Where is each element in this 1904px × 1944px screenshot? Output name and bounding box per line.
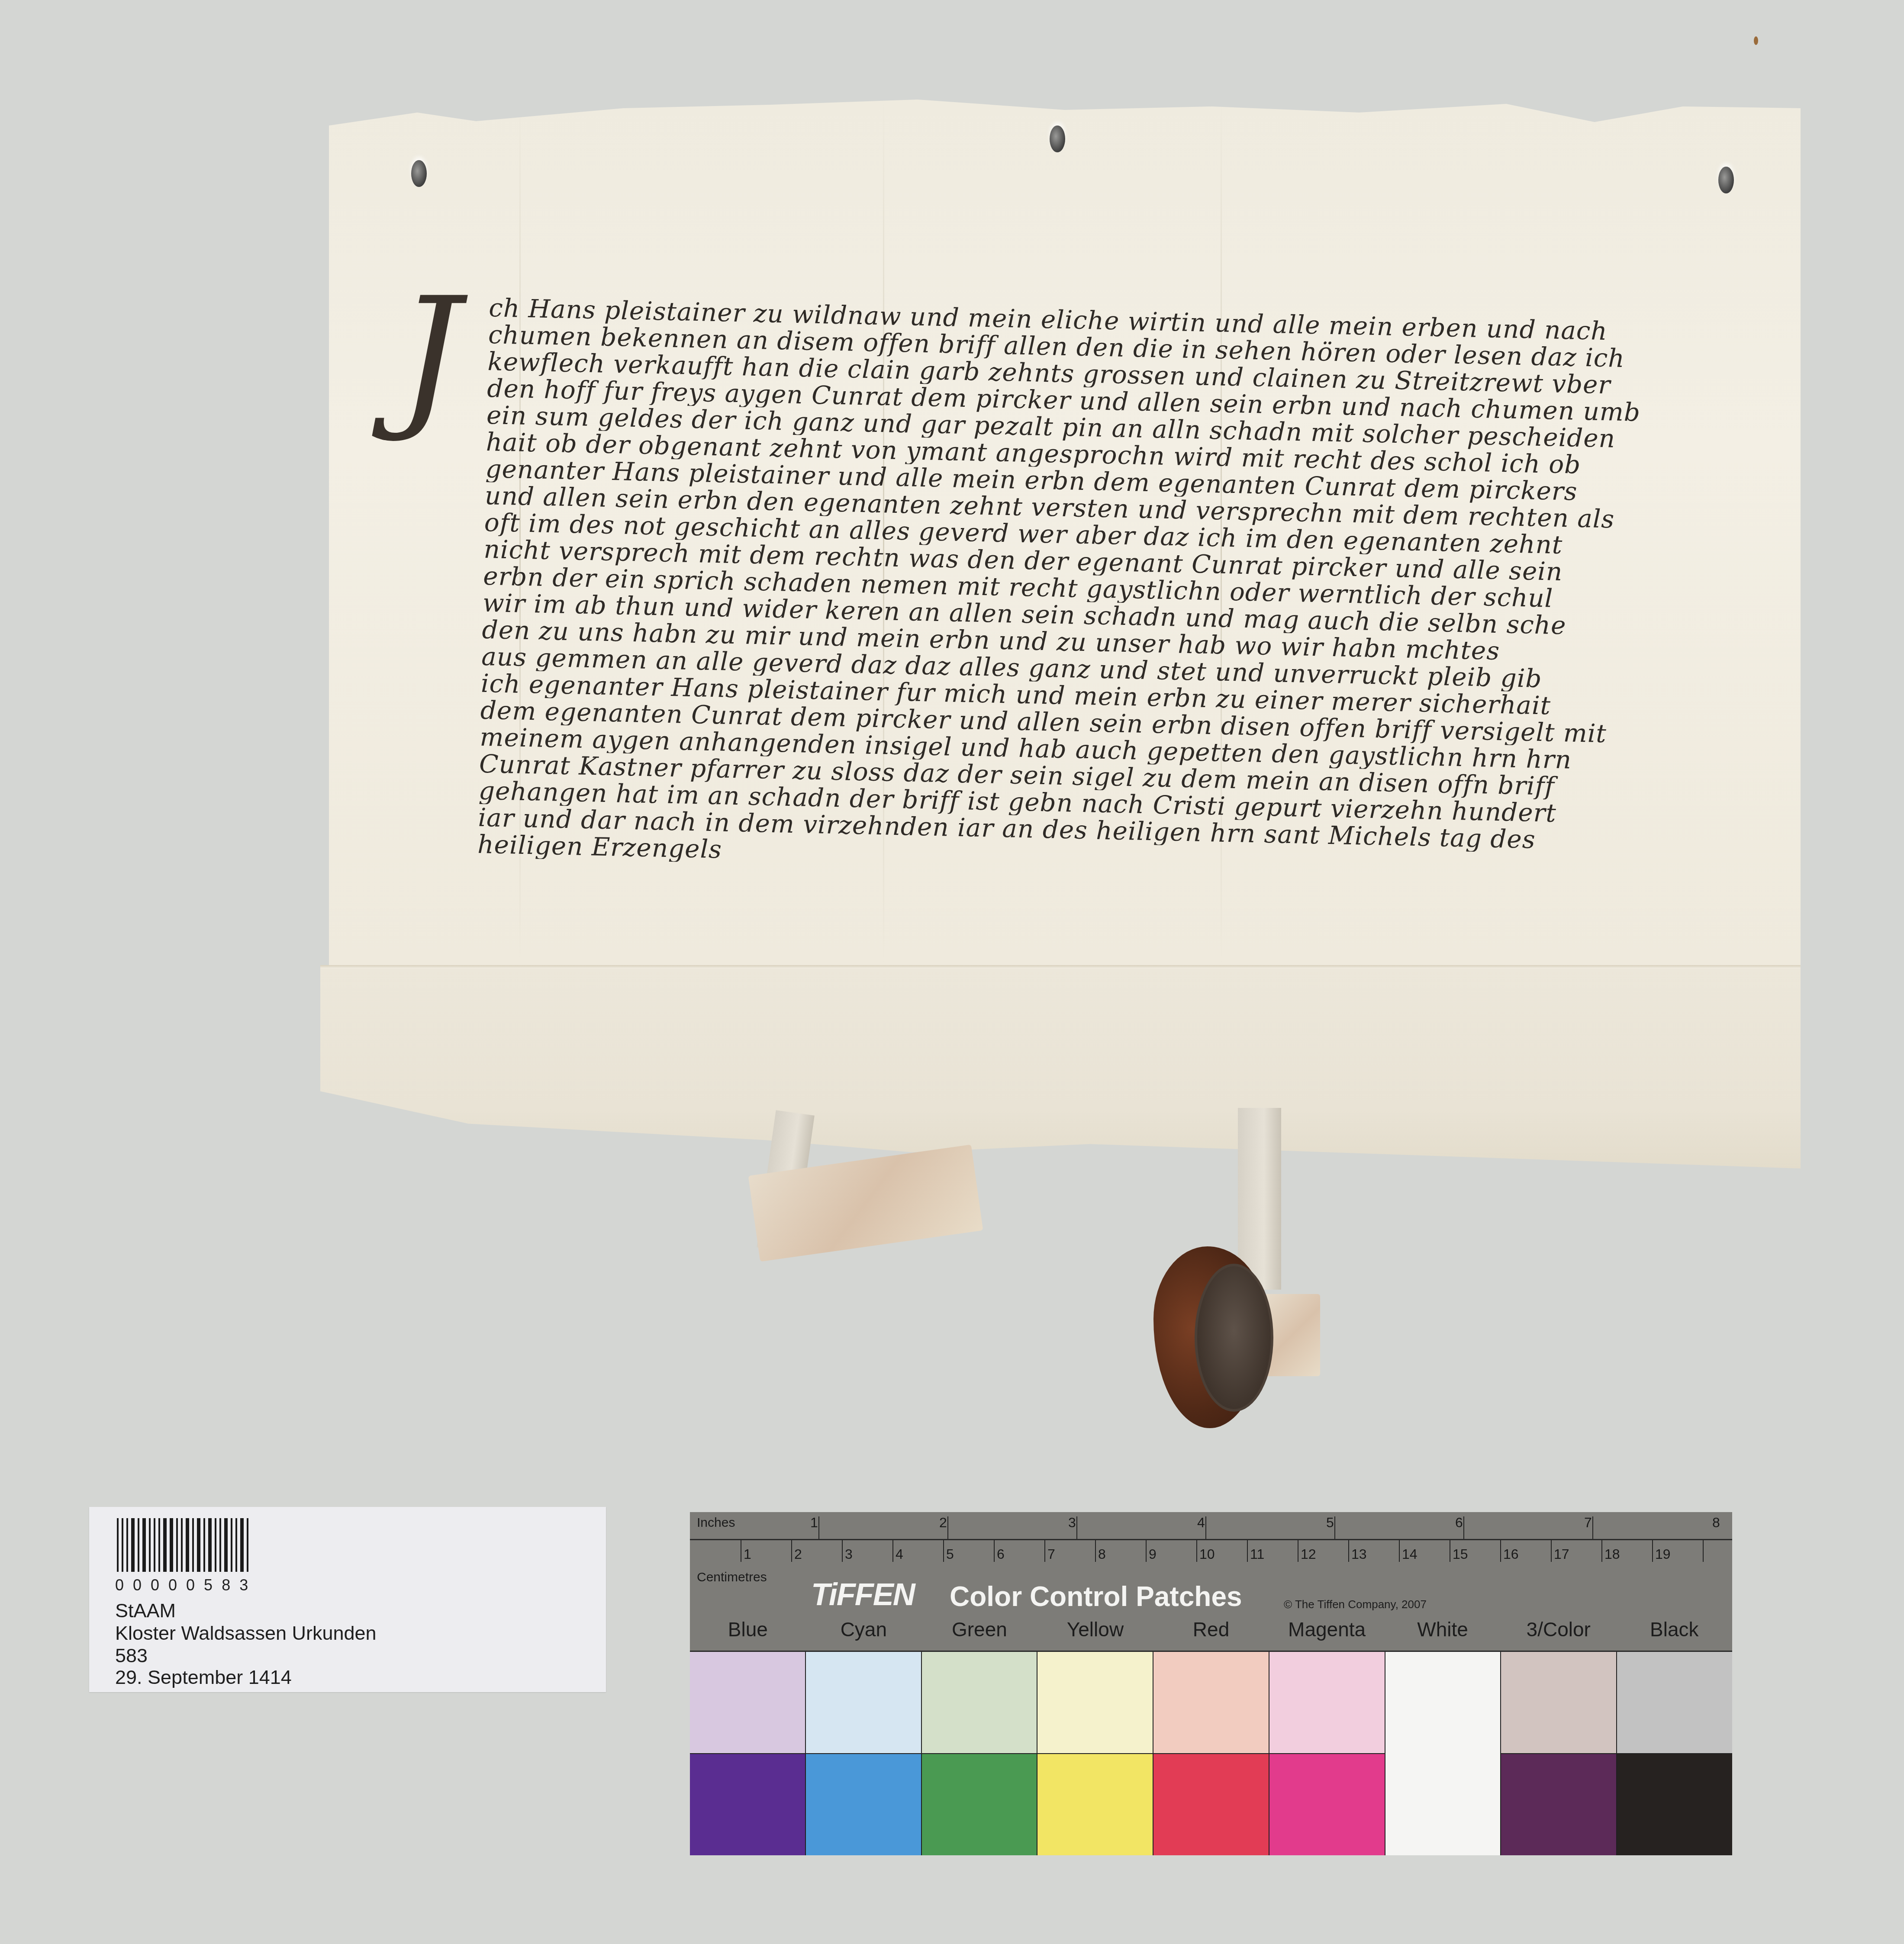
tiffen-logo: TiFFEN (811, 1577, 915, 1612)
patch-black (1617, 1652, 1732, 1855)
document-number: 583 (115, 1645, 148, 1667)
inch-ruler: Inches 1 2 3 4 5 6 7 8 (690, 1512, 1732, 1540)
inches-label: Inches (697, 1516, 735, 1530)
debris-speck (1754, 36, 1758, 45)
patch-label-blue: Blue (690, 1618, 806, 1648)
barcode (117, 1518, 251, 1572)
charter-text: ch Hans pleistainer zu wildnaw und mein … (477, 294, 1705, 883)
patch-label-red: Red (1153, 1618, 1269, 1648)
card-title: Color Control Patches (950, 1580, 1242, 1612)
barcode-number: 00000583 (115, 1576, 257, 1594)
patch-3color (1501, 1652, 1617, 1855)
seal-impression (1195, 1264, 1273, 1412)
card-copyright: © The Tiffen Company, 2007 (1284, 1598, 1427, 1611)
patch-label-magenta: Magenta (1269, 1618, 1385, 1648)
patch-label-cyan: Cyan (806, 1618, 922, 1648)
patch-green (922, 1652, 1038, 1855)
archive-name: StAAM (115, 1600, 176, 1622)
archive-label: 00000583 StAAM Kloster Waldsassen Urkund… (89, 1507, 606, 1692)
patch-white (1385, 1652, 1501, 1855)
mounting-hole-right (1718, 167, 1734, 193)
patch-yellow (1037, 1652, 1153, 1855)
mounting-hole-center (1050, 126, 1065, 152)
document-date: 29. September 1414 (115, 1666, 292, 1689)
patch-labels: Blue Cyan Green Yellow Red Magenta White… (690, 1618, 1732, 1648)
color-control-card: Inches 1 2 3 4 5 6 7 8 1 2 3 4 5 6 7 8 9… (690, 1512, 1732, 1854)
patch-blue (690, 1652, 806, 1855)
patch-red (1153, 1652, 1269, 1855)
plica-fold (320, 965, 1801, 1168)
patch-label-black: Black (1617, 1618, 1733, 1648)
patch-label-white: White (1385, 1618, 1501, 1648)
color-patches (690, 1651, 1732, 1855)
mounting-hole-left (411, 160, 427, 187)
collection-name: Kloster Waldsassen Urkunden (115, 1622, 377, 1645)
centimetres-label: Centimetres (697, 1570, 767, 1585)
plica-crease (320, 965, 1801, 969)
patch-cyan (806, 1652, 922, 1855)
cm-ruler: 1 2 3 4 5 6 7 8 9 10 11 12 13 14 15 16 1… (690, 1540, 1732, 1566)
patch-label-yellow: Yellow (1037, 1618, 1153, 1648)
patch-magenta (1269, 1652, 1385, 1855)
decorated-initial: J (398, 277, 485, 459)
patch-label-3color: 3/Color (1501, 1618, 1617, 1648)
patch-label-green: Green (921, 1618, 1037, 1648)
